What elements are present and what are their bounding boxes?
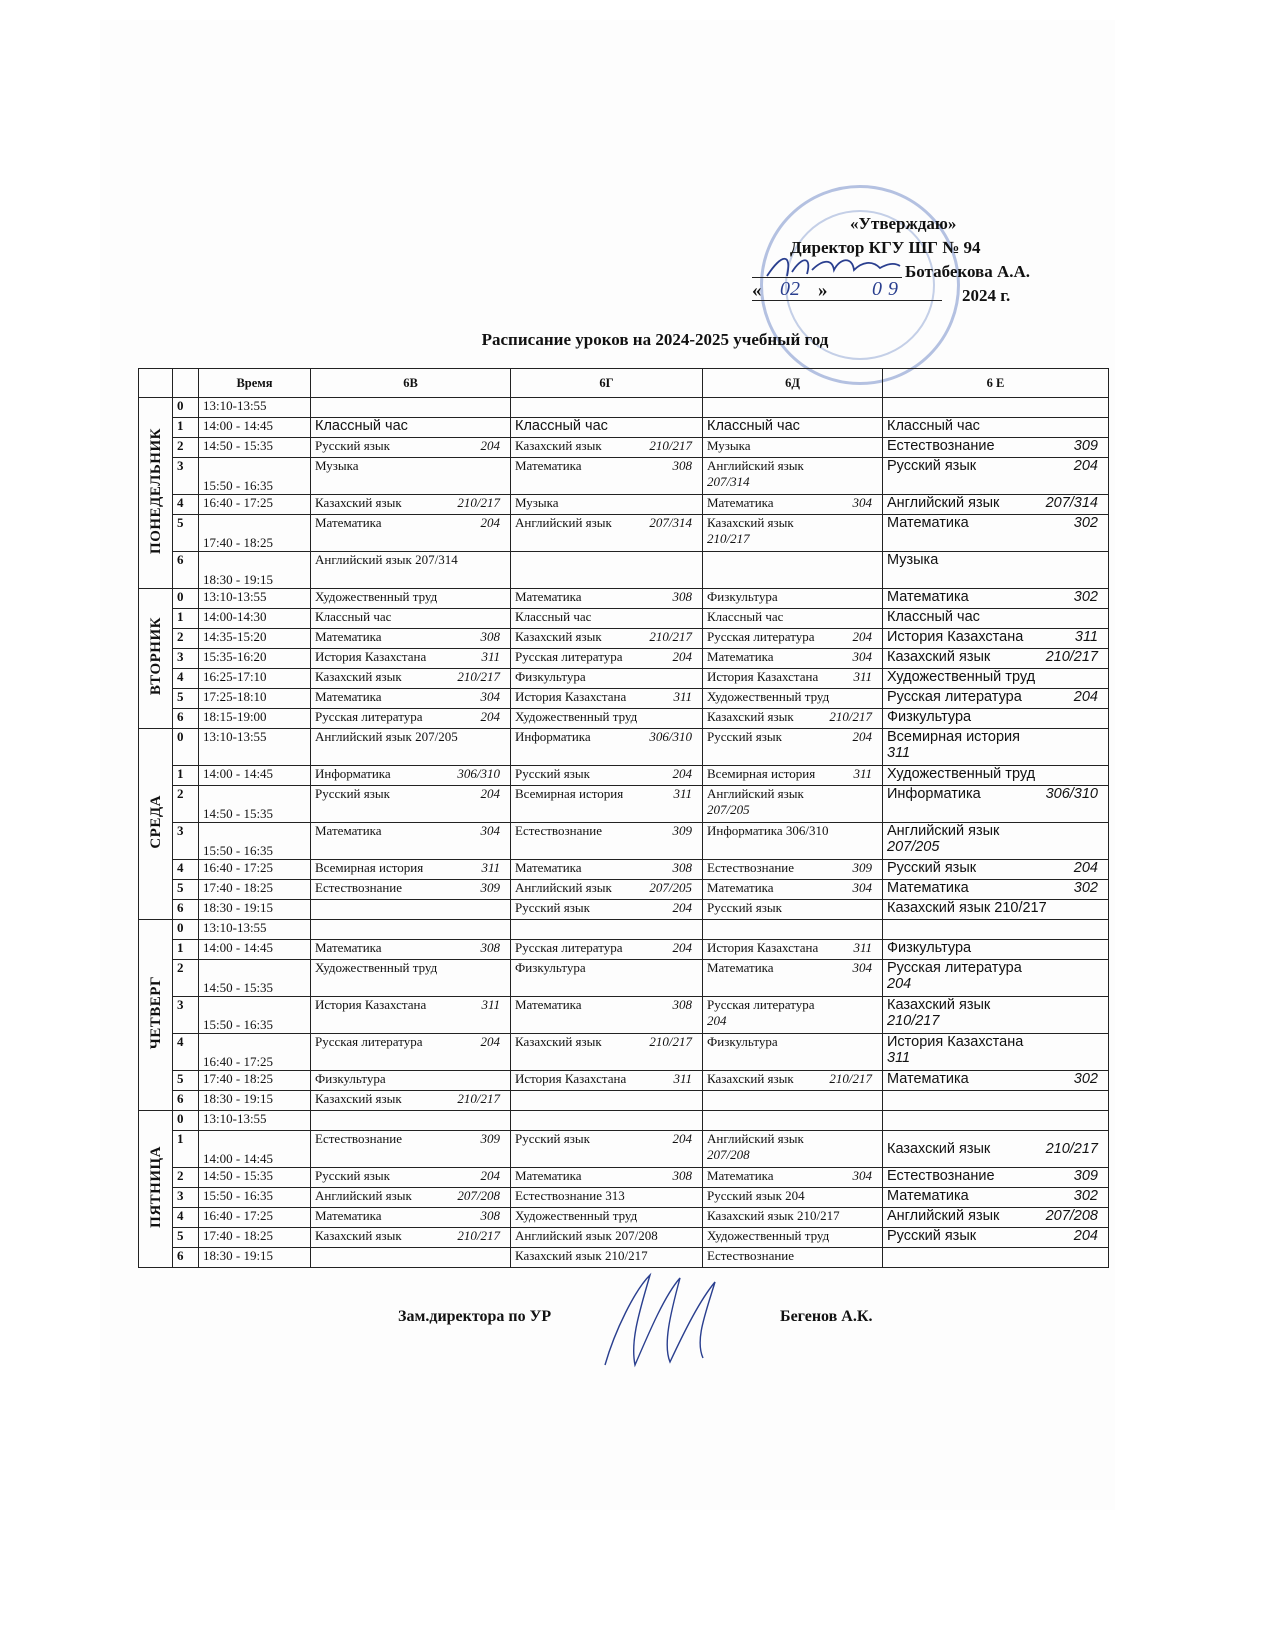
subject-name: Русский язык	[315, 786, 390, 802]
table-row: 214:50 - 15:35Русский язык204Всемирная и…	[139, 786, 1109, 823]
lesson-entry: История Казахстана311	[315, 997, 506, 1013]
lesson-cell-6v: Русский язык204	[311, 786, 511, 823]
lesson-cell-6v	[311, 398, 511, 418]
lesson-number: 2	[173, 629, 199, 649]
day-name: ПОНЕДЕЛЬНИК	[148, 428, 164, 554]
subject-name: Математика	[515, 1168, 582, 1184]
room-number: 210/217	[457, 1228, 506, 1244]
room-number: 308	[481, 1208, 507, 1224]
lesson-entry: Физкультура	[315, 1071, 506, 1087]
lesson-entry: Художественный труд	[887, 669, 1104, 685]
lesson-entry: Классный час	[515, 609, 698, 625]
subject-name: Математика	[315, 823, 382, 839]
lesson-cell-6d: Английский язык207/205	[703, 786, 883, 823]
subject-name: Казахский язык	[887, 997, 1104, 1013]
lesson-cell-6d: Казахский язык210/217	[703, 515, 883, 552]
lesson-time: 14:50 - 15:35	[199, 786, 311, 823]
subject-name: Классный час	[315, 609, 391, 625]
room-number: 308	[481, 940, 507, 956]
table-row: 214:35-15:20Математика308Казахский язык2…	[139, 629, 1109, 649]
room-number: 309	[1074, 438, 1104, 454]
room-number: 308	[673, 589, 699, 605]
lesson-entry: Математика304	[707, 880, 878, 896]
table-row: 114:00 - 14:45Классный часКлассный часКл…	[139, 418, 1109, 438]
subject-name: Естествознание	[887, 1168, 995, 1184]
lesson-entry: Естествознание309	[515, 823, 698, 839]
subject-name: Русский язык	[515, 766, 590, 782]
table-row: 114:00-14:30Классный часКлассный часКлас…	[139, 609, 1109, 629]
lesson-cell-6v: Художественный труд	[311, 960, 511, 997]
lesson-cell-6g: Естествознание309	[511, 823, 703, 860]
lesson-cell-6v: Казахский язык210/217	[311, 1228, 511, 1248]
subject-name: Математика	[515, 860, 582, 876]
lesson-entry: Казахский язык210/217	[887, 649, 1104, 665]
lesson-cell-6v: Математика304	[311, 689, 511, 709]
lesson-cell-6v	[311, 1111, 511, 1131]
lesson-time: 13:10-13:55	[199, 398, 311, 418]
subject-name: Физкультура	[707, 1034, 778, 1050]
lesson-cell-6e: Казахский язык210/217	[883, 997, 1109, 1034]
header-class-6d: 6Д	[703, 369, 883, 398]
lesson-entry: Информатика306/310	[515, 729, 698, 745]
table-row: 416:40 - 17:25Всемирная история311Матема…	[139, 860, 1109, 880]
table-row: 315:50 - 16:35История Казахстана311Матем…	[139, 997, 1109, 1034]
room-number: 308	[673, 1168, 699, 1184]
lesson-cell-6v: Математика308	[311, 940, 511, 960]
lesson-cell-6d	[703, 398, 883, 418]
room-number: 309	[673, 823, 699, 839]
room-number: 207/208	[457, 1188, 506, 1204]
lesson-cell-6g: Казахский язык210/217	[511, 438, 703, 458]
lesson-cell-6v: Русская литература204	[311, 1034, 511, 1071]
lesson-entry: Русский язык	[707, 900, 878, 916]
room-number: 311	[673, 689, 698, 705]
table-row: 618:30 - 19:15Казахский язык210/217	[139, 1091, 1109, 1111]
table-row: 517:25-18:10Математика304История Казахст…	[139, 689, 1109, 709]
lesson-entry: Английский язык207/314	[887, 495, 1104, 511]
subject-name: Русский язык	[707, 900, 782, 916]
lesson-entry: История Казахстана311	[515, 1071, 698, 1087]
subject-name: История Казахстана	[515, 1071, 626, 1087]
room-number: 304	[853, 880, 879, 896]
lesson-number: 1	[173, 1131, 199, 1168]
lesson-cell-6v: Математика308	[311, 1208, 511, 1228]
subject-name: Русский язык	[887, 458, 976, 474]
lesson-cell-6d: Казахский язык210/217	[703, 1071, 883, 1091]
subject-name: Математика	[887, 589, 969, 605]
lesson-time: 13:10-13:55	[199, 920, 311, 940]
lesson-cell-6g	[511, 552, 703, 589]
lesson-entry: Физкультура	[887, 940, 1104, 956]
lesson-number: 6	[173, 1248, 199, 1268]
lesson-cell-6g: Русская литература204	[511, 940, 703, 960]
lesson-entry: Казахский язык210/217	[515, 438, 698, 454]
table-row: 214:50 - 15:35Художественный трудФизкуль…	[139, 960, 1109, 997]
lesson-entry: Английский язык207/205	[515, 880, 698, 896]
lesson-entry: Физкультура	[887, 709, 1104, 725]
lesson-cell-6e: Математика302	[883, 589, 1109, 609]
lesson-cell-6d: Физкультура	[703, 1034, 883, 1071]
room-number: 204	[481, 1034, 507, 1050]
header-number	[173, 369, 199, 398]
subject-name: Математика	[707, 1168, 774, 1184]
lesson-cell-6d: История Казахстана311	[703, 669, 883, 689]
lesson-entry: Русский язык204	[515, 1131, 698, 1147]
table-row: 315:50 - 16:35Математика304Естествознани…	[139, 823, 1109, 860]
subject-name: Русская литература	[515, 940, 623, 956]
lesson-cell-6v: Русский язык204	[311, 1168, 511, 1188]
lesson-cell-6d: Художественный труд	[703, 1228, 883, 1248]
lesson-cell-6e: Английский язык207/314	[883, 495, 1109, 515]
lesson-entry: Русский язык204	[887, 458, 1104, 474]
day-label-cell: СРЕДА	[139, 729, 173, 920]
lesson-number: 6	[173, 900, 199, 920]
room-number: 204	[1074, 860, 1104, 876]
subject-name: Математика	[315, 940, 382, 956]
subject-name: Казахский язык	[887, 1141, 990, 1157]
subject-name: История Казахстана	[887, 1034, 1104, 1050]
lesson-entry: Математика308	[315, 629, 506, 645]
lesson-cell-6g: Информатика306/310	[511, 729, 703, 766]
lesson-entry: Русский язык204	[707, 729, 878, 745]
lesson-number: 4	[173, 1034, 199, 1071]
lesson-cell-6v	[311, 1248, 511, 1268]
room-number: 207/205	[707, 802, 878, 818]
day-name: ЧЕТВЕРГ	[148, 976, 164, 1049]
table-row: 214:50 - 15:35Русский язык204Математика3…	[139, 1168, 1109, 1188]
subject-name: Английский язык 207/205	[315, 729, 458, 745]
subject-name: Физкультура	[315, 1071, 386, 1087]
subject-name: Казахский язык 210/217	[515, 1248, 648, 1264]
lesson-entry: Музыка	[887, 552, 1104, 568]
lesson-cell-6g: История Казахстана311	[511, 1071, 703, 1091]
lesson-cell-6v: Английский язык 207/205	[311, 729, 511, 766]
lesson-cell-6d: Казахский язык 210/217	[703, 1208, 883, 1228]
lesson-cell-6v: Русский язык204	[311, 438, 511, 458]
subject-name: Всемирная история	[515, 786, 623, 802]
subject-name: Математика	[515, 997, 582, 1013]
lesson-cell-6v: Классный час	[311, 418, 511, 438]
lesson-time: 13:10-13:55	[199, 589, 311, 609]
room-number: 304	[853, 1168, 879, 1184]
lesson-entry: Казахский язык210/217	[887, 997, 1104, 1029]
lesson-entry: Казахский язык 210/217	[515, 1248, 698, 1264]
table-row: ЧЕТВЕРГ013:10-13:55	[139, 920, 1109, 940]
lesson-entry: Английский язык 207/208	[515, 1228, 698, 1244]
lesson-entry: Казахский язык210/217	[315, 1228, 506, 1244]
subject-name: Английский язык	[707, 1131, 878, 1147]
subject-name: Естествознание	[515, 823, 602, 839]
lesson-cell-6d: Русская литература204	[703, 629, 883, 649]
lesson-number: 2	[173, 960, 199, 997]
lesson-entry: Математика304	[707, 649, 878, 665]
lesson-entry: Русская литература204	[887, 960, 1104, 992]
lesson-time: 14:00 - 14:45	[199, 418, 311, 438]
lesson-cell-6d: Математика304	[703, 960, 883, 997]
subject-name: Русский язык 204	[707, 1188, 805, 1204]
subject-name: Казахский язык	[315, 1228, 402, 1244]
lesson-entry: История Казахстана311	[887, 1034, 1104, 1066]
room-number: 207/208	[1046, 1208, 1104, 1224]
lesson-entry: Математика302	[887, 880, 1104, 896]
lesson-entry: Информатика306/310	[315, 766, 506, 782]
lesson-time: 17:40 - 18:25	[199, 515, 311, 552]
subject-name: Русский язык	[315, 1168, 390, 1184]
room-number: 302	[1074, 1188, 1104, 1204]
lesson-cell-6e	[883, 920, 1109, 940]
lesson-time: 15:50 - 16:35	[199, 823, 311, 860]
lesson-cell-6e	[883, 1248, 1109, 1268]
subject-name: Русский язык	[887, 1228, 976, 1244]
subject-name: Русская литература	[315, 1034, 423, 1050]
subject-name: Математика	[887, 880, 969, 896]
lesson-cell-6e: Математика302	[883, 880, 1109, 900]
subject-name: Русский язык	[515, 900, 590, 916]
lesson-time: 14:50 - 15:35	[199, 960, 311, 997]
lesson-time: 13:10-13:55	[199, 729, 311, 766]
room-number: 204	[481, 1168, 507, 1184]
lesson-cell-6d: Математика304	[703, 649, 883, 669]
lesson-number: 3	[173, 1188, 199, 1208]
lesson-number: 2	[173, 786, 199, 823]
subject-name: Русский язык	[515, 1131, 590, 1147]
lesson-entry: Математика308	[315, 940, 506, 956]
room-number: 204	[1074, 1228, 1104, 1244]
room-number: 311	[673, 786, 698, 802]
lesson-cell-6v: Английский язык 207/314	[311, 552, 511, 589]
subject-name: Музыка	[515, 495, 559, 511]
lesson-entry: Английский язык207/205	[707, 786, 878, 818]
lesson-entry: Казахский язык210/217	[707, 515, 878, 547]
room-number: 302	[1074, 1071, 1104, 1087]
subject-name: Казахский язык	[887, 649, 990, 665]
lesson-cell-6v: Казахский язык210/217	[311, 495, 511, 515]
lesson-cell-6e	[883, 1091, 1109, 1111]
subject-name: Математика	[515, 458, 582, 474]
lesson-time: 14:00 - 14:45	[199, 766, 311, 786]
lesson-cell-6e: Казахский язык 210/217	[883, 900, 1109, 920]
lesson-time: 18:15-19:00	[199, 709, 311, 729]
lesson-cell-6g: Русский язык204	[511, 900, 703, 920]
lesson-entry: Русский язык204	[887, 860, 1104, 876]
subject-name: Художественный труд	[515, 709, 637, 725]
lesson-entry: История Казахстана311	[515, 689, 698, 705]
room-number: 308	[673, 860, 699, 876]
lesson-cell-6v	[311, 920, 511, 940]
table-row: 517:40 - 18:25ФизкультураИстория Казахст…	[139, 1071, 1109, 1091]
lesson-number: 1	[173, 766, 199, 786]
lesson-cell-6e: Классный час	[883, 609, 1109, 629]
room-number: 207/208	[707, 1147, 878, 1163]
subject-name: Математика	[707, 649, 774, 665]
subject-name: Физкультура	[515, 669, 586, 685]
table-row: 416:40 - 17:25Казахский язык210/217Музык…	[139, 495, 1109, 515]
subject-name: Казахский язык	[315, 495, 402, 511]
lesson-cell-6v: Естествознание309	[311, 1131, 511, 1168]
lesson-cell-6g: Математика308	[511, 589, 703, 609]
subject-name: Художественный труд	[707, 1228, 829, 1244]
lesson-cell-6d: Русский язык204	[703, 729, 883, 766]
table-row: 517:40 - 18:25Естествознание309Английски…	[139, 880, 1109, 900]
lesson-number: 4	[173, 495, 199, 515]
room-number: 304	[853, 649, 879, 665]
room-number: 204	[481, 515, 507, 531]
lesson-cell-6d: Математика304	[703, 495, 883, 515]
lesson-cell-6e: Естествознание309	[883, 438, 1109, 458]
subject-name: Естествознание	[707, 1248, 794, 1264]
subject-name: Английский язык 207/208	[515, 1228, 658, 1244]
lesson-entry: Художественный труд	[887, 766, 1104, 782]
lesson-entry: Классный час	[515, 418, 698, 434]
lesson-cell-6d: Естествознание309	[703, 860, 883, 880]
lesson-cell-6d: Математика304	[703, 1168, 883, 1188]
lesson-number: 5	[173, 515, 199, 552]
room-number: 304	[853, 960, 879, 976]
lesson-number: 5	[173, 1071, 199, 1091]
lesson-entry: Английский язык 207/205	[315, 729, 506, 745]
lesson-cell-6e: Естествознание309	[883, 1168, 1109, 1188]
subject-name: Казахский язык	[707, 709, 794, 725]
room-number: 304	[481, 689, 507, 705]
table-row: 517:40 - 18:25Математика204Английский яз…	[139, 515, 1109, 552]
lesson-time: 18:30 - 19:15	[199, 552, 311, 589]
lesson-cell-6g: Математика308	[511, 458, 703, 495]
lesson-time: 15:50 - 16:35	[199, 997, 311, 1034]
footer-name: Бегенов А.К.	[780, 1308, 872, 1326]
room-number: 308	[673, 458, 699, 474]
room-number: 210/217	[1046, 1141, 1104, 1157]
lesson-entry: Математика304	[707, 960, 878, 976]
lesson-cell-6v: Математика308	[311, 629, 511, 649]
subject-name: Русская литература	[515, 649, 623, 665]
lesson-time: 17:25-18:10	[199, 689, 311, 709]
lesson-entry: Математика308	[515, 458, 698, 474]
subject-name: Математика	[315, 1208, 382, 1224]
lesson-time: 18:30 - 19:15	[199, 900, 311, 920]
lesson-entry: Классный час	[707, 609, 878, 625]
subject-name: История Казахстана	[707, 669, 818, 685]
lesson-cell-6e: Всемирная история311	[883, 729, 1109, 766]
deputy-signature	[595, 1270, 745, 1370]
room-number: 306/310	[1046, 786, 1104, 802]
table-row: 114:00 - 14:45Естествознание309Русский я…	[139, 1131, 1109, 1168]
day-label-cell: ВТОРНИК	[139, 589, 173, 729]
table-row: 315:50 - 16:35Английский язык207/208Есте…	[139, 1188, 1109, 1208]
lesson-cell-6g: Всемирная история311	[511, 786, 703, 823]
lesson-cell-6d: Английский язык207/208	[703, 1131, 883, 1168]
lesson-number: 3	[173, 823, 199, 860]
room-number: 311	[853, 766, 878, 782]
subject-name: Казахский язык	[515, 629, 602, 645]
lesson-cell-6d	[703, 1091, 883, 1111]
lesson-cell-6e: Математика302	[883, 515, 1109, 552]
room-number: 210/217	[887, 1013, 1104, 1029]
lesson-number: 3	[173, 997, 199, 1034]
lesson-cell-6g: Английский язык 207/208	[511, 1228, 703, 1248]
room-number: 302	[1074, 515, 1104, 531]
lesson-cell-6d: Всемирная история311	[703, 766, 883, 786]
subject-name: Информатика	[515, 729, 591, 745]
lesson-number: 3	[173, 458, 199, 495]
lesson-entry: Казахский язык 210/217	[707, 1208, 878, 1224]
lesson-cell-6e: Классный час	[883, 418, 1109, 438]
lesson-entry: Казахский язык210/217	[315, 669, 506, 685]
subject-name: Художественный труд	[515, 1208, 637, 1224]
lesson-cell-6g: Английский язык207/205	[511, 880, 703, 900]
lesson-cell-6d: Естествознание	[703, 1248, 883, 1268]
lesson-cell-6d: Математика304	[703, 880, 883, 900]
room-number: 311	[673, 1071, 698, 1087]
lesson-cell-6e: Казахский язык210/217	[883, 649, 1109, 669]
lesson-time: 15:50 - 16:35	[199, 1188, 311, 1208]
lesson-entry: Русская литература204	[707, 997, 878, 1029]
table-row: 517:40 - 18:25Казахский язык210/217Англи…	[139, 1228, 1109, 1248]
room-number: 210/217	[707, 531, 878, 547]
room-number: 308	[481, 629, 507, 645]
lesson-cell-6e: Информатика306/310	[883, 786, 1109, 823]
room-number: 204	[673, 766, 699, 782]
table-row: 114:00 - 14:45Математика308Русская литер…	[139, 940, 1109, 960]
lesson-entry: Английский язык207/208	[707, 1131, 878, 1163]
lesson-number: 3	[173, 649, 199, 669]
lesson-cell-6d: Русский язык 204	[703, 1188, 883, 1208]
subject-name: Казахский язык	[515, 438, 602, 454]
lesson-entry: Музыка	[707, 438, 878, 454]
lesson-time: 16:40 - 17:25	[199, 1034, 311, 1071]
lesson-cell-6v: Художественный труд	[311, 589, 511, 609]
room-number: 210/217	[649, 629, 698, 645]
lesson-cell-6g	[511, 398, 703, 418]
subject-name: Физкультура	[887, 709, 971, 725]
lesson-entry: Английский язык207/314	[707, 458, 878, 490]
lesson-entry: Английский язык207/205	[887, 823, 1104, 855]
subject-name: Классный час	[515, 609, 591, 625]
footer-position: Зам.директора по УР	[398, 1308, 551, 1326]
lesson-cell-6e: Художественный труд	[883, 669, 1109, 689]
subject-name: Русский язык	[887, 860, 976, 876]
lesson-entry: История Казахстана311	[707, 669, 878, 685]
lesson-entry: Всемирная история311	[707, 766, 878, 782]
lesson-number: 1	[173, 940, 199, 960]
lesson-entry: Математика304	[315, 689, 506, 705]
lesson-time: 18:30 - 19:15	[199, 1091, 311, 1111]
room-number: 207/205	[649, 880, 698, 896]
subject-name: Русская литература	[315, 709, 423, 725]
room-number: 311	[481, 997, 506, 1013]
lesson-entry: Английский язык207/208	[315, 1188, 506, 1204]
lesson-cell-6d: Классный час	[703, 418, 883, 438]
lesson-entry: История Казахстана311	[315, 649, 506, 665]
lesson-cell-6e: История Казахстана311	[883, 629, 1109, 649]
subject-name: Казахский язык	[315, 1091, 402, 1107]
lesson-cell-6d: Русский язык	[703, 900, 883, 920]
room-number: 204	[673, 900, 699, 916]
lesson-entry: Художественный труд	[315, 589, 506, 605]
subject-name: Естествознание	[887, 438, 995, 454]
room-number: 204	[1074, 458, 1104, 474]
table-row: 618:30 - 19:15Русский язык204Русский язы…	[139, 900, 1109, 920]
lesson-time: 13:10-13:55	[199, 1111, 311, 1131]
lesson-number: 0	[173, 589, 199, 609]
lesson-time: 16:25-17:10	[199, 669, 311, 689]
lesson-entry: Математика308	[515, 589, 698, 605]
table-row: 618:30 - 19:15Английский язык 207/314Муз…	[139, 552, 1109, 589]
lesson-number: 6	[173, 709, 199, 729]
lesson-entry: История Казахстана311	[887, 629, 1104, 645]
header-class-6v: 6В	[311, 369, 511, 398]
subject-name: Естествознание	[315, 880, 402, 896]
lesson-cell-6g: Математика308	[511, 860, 703, 880]
